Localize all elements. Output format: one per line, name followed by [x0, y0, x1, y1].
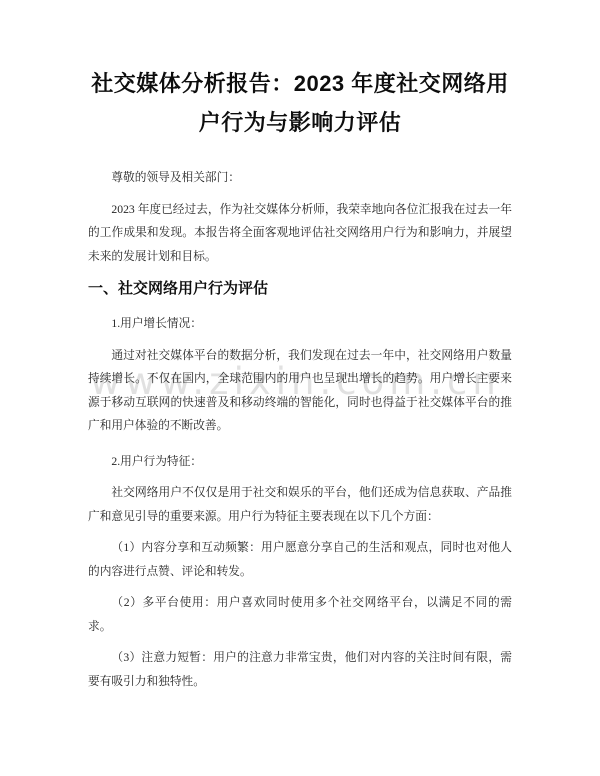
- feature-item-3: （3）注意力短暂：用户的注意力非常宝贵，他们对内容的关注时间有限，需要有吸引力和…: [88, 646, 512, 693]
- section-heading-1: 一、社交网络用户行为评估: [88, 278, 512, 300]
- subsection-label-user-behavior: 2.用户行为特征：: [88, 450, 512, 474]
- subsection-label-user-growth: 1.用户增长情况：: [88, 312, 512, 336]
- paragraph-user-growth: 通过对社交媒体平台的数据分析，我们发现在过去一年中，社交网络用户数量持续增长。不…: [88, 344, 512, 438]
- paragraph-user-behavior: 社交网络用户不仅仅是用于社交和娱乐的平台，他们还成为信息获取、产品推广和意见引导…: [88, 481, 512, 528]
- document-content: 社交媒体分析报告：2023 年度社交网络用户行为与影响力评估 尊敬的领导及相关部…: [88, 0, 512, 693]
- intro-paragraph: 2023 年度已经过去，作为社交媒体分析师，我荣幸地向各位汇报我在过去一年的工作…: [88, 198, 512, 269]
- feature-item-2: （2）多平台使用：用户喜欢同时使用多个社交网络平台，以满足不同的需求。: [88, 591, 512, 638]
- document-title: 社交媒体分析报告：2023 年度社交网络用户行为与影响力评估: [88, 0, 512, 142]
- feature-item-1: （1）内容分享和互动频繁：用户愿意分享自己的生活和观点，同时也对他人的内容进行点…: [88, 536, 512, 583]
- salutation: 尊敬的领导及相关部门：: [88, 166, 512, 190]
- document-page: www.zixin.com.cn 社交媒体分析报告：2023 年度社交网络用户行…: [0, 0, 600, 776]
